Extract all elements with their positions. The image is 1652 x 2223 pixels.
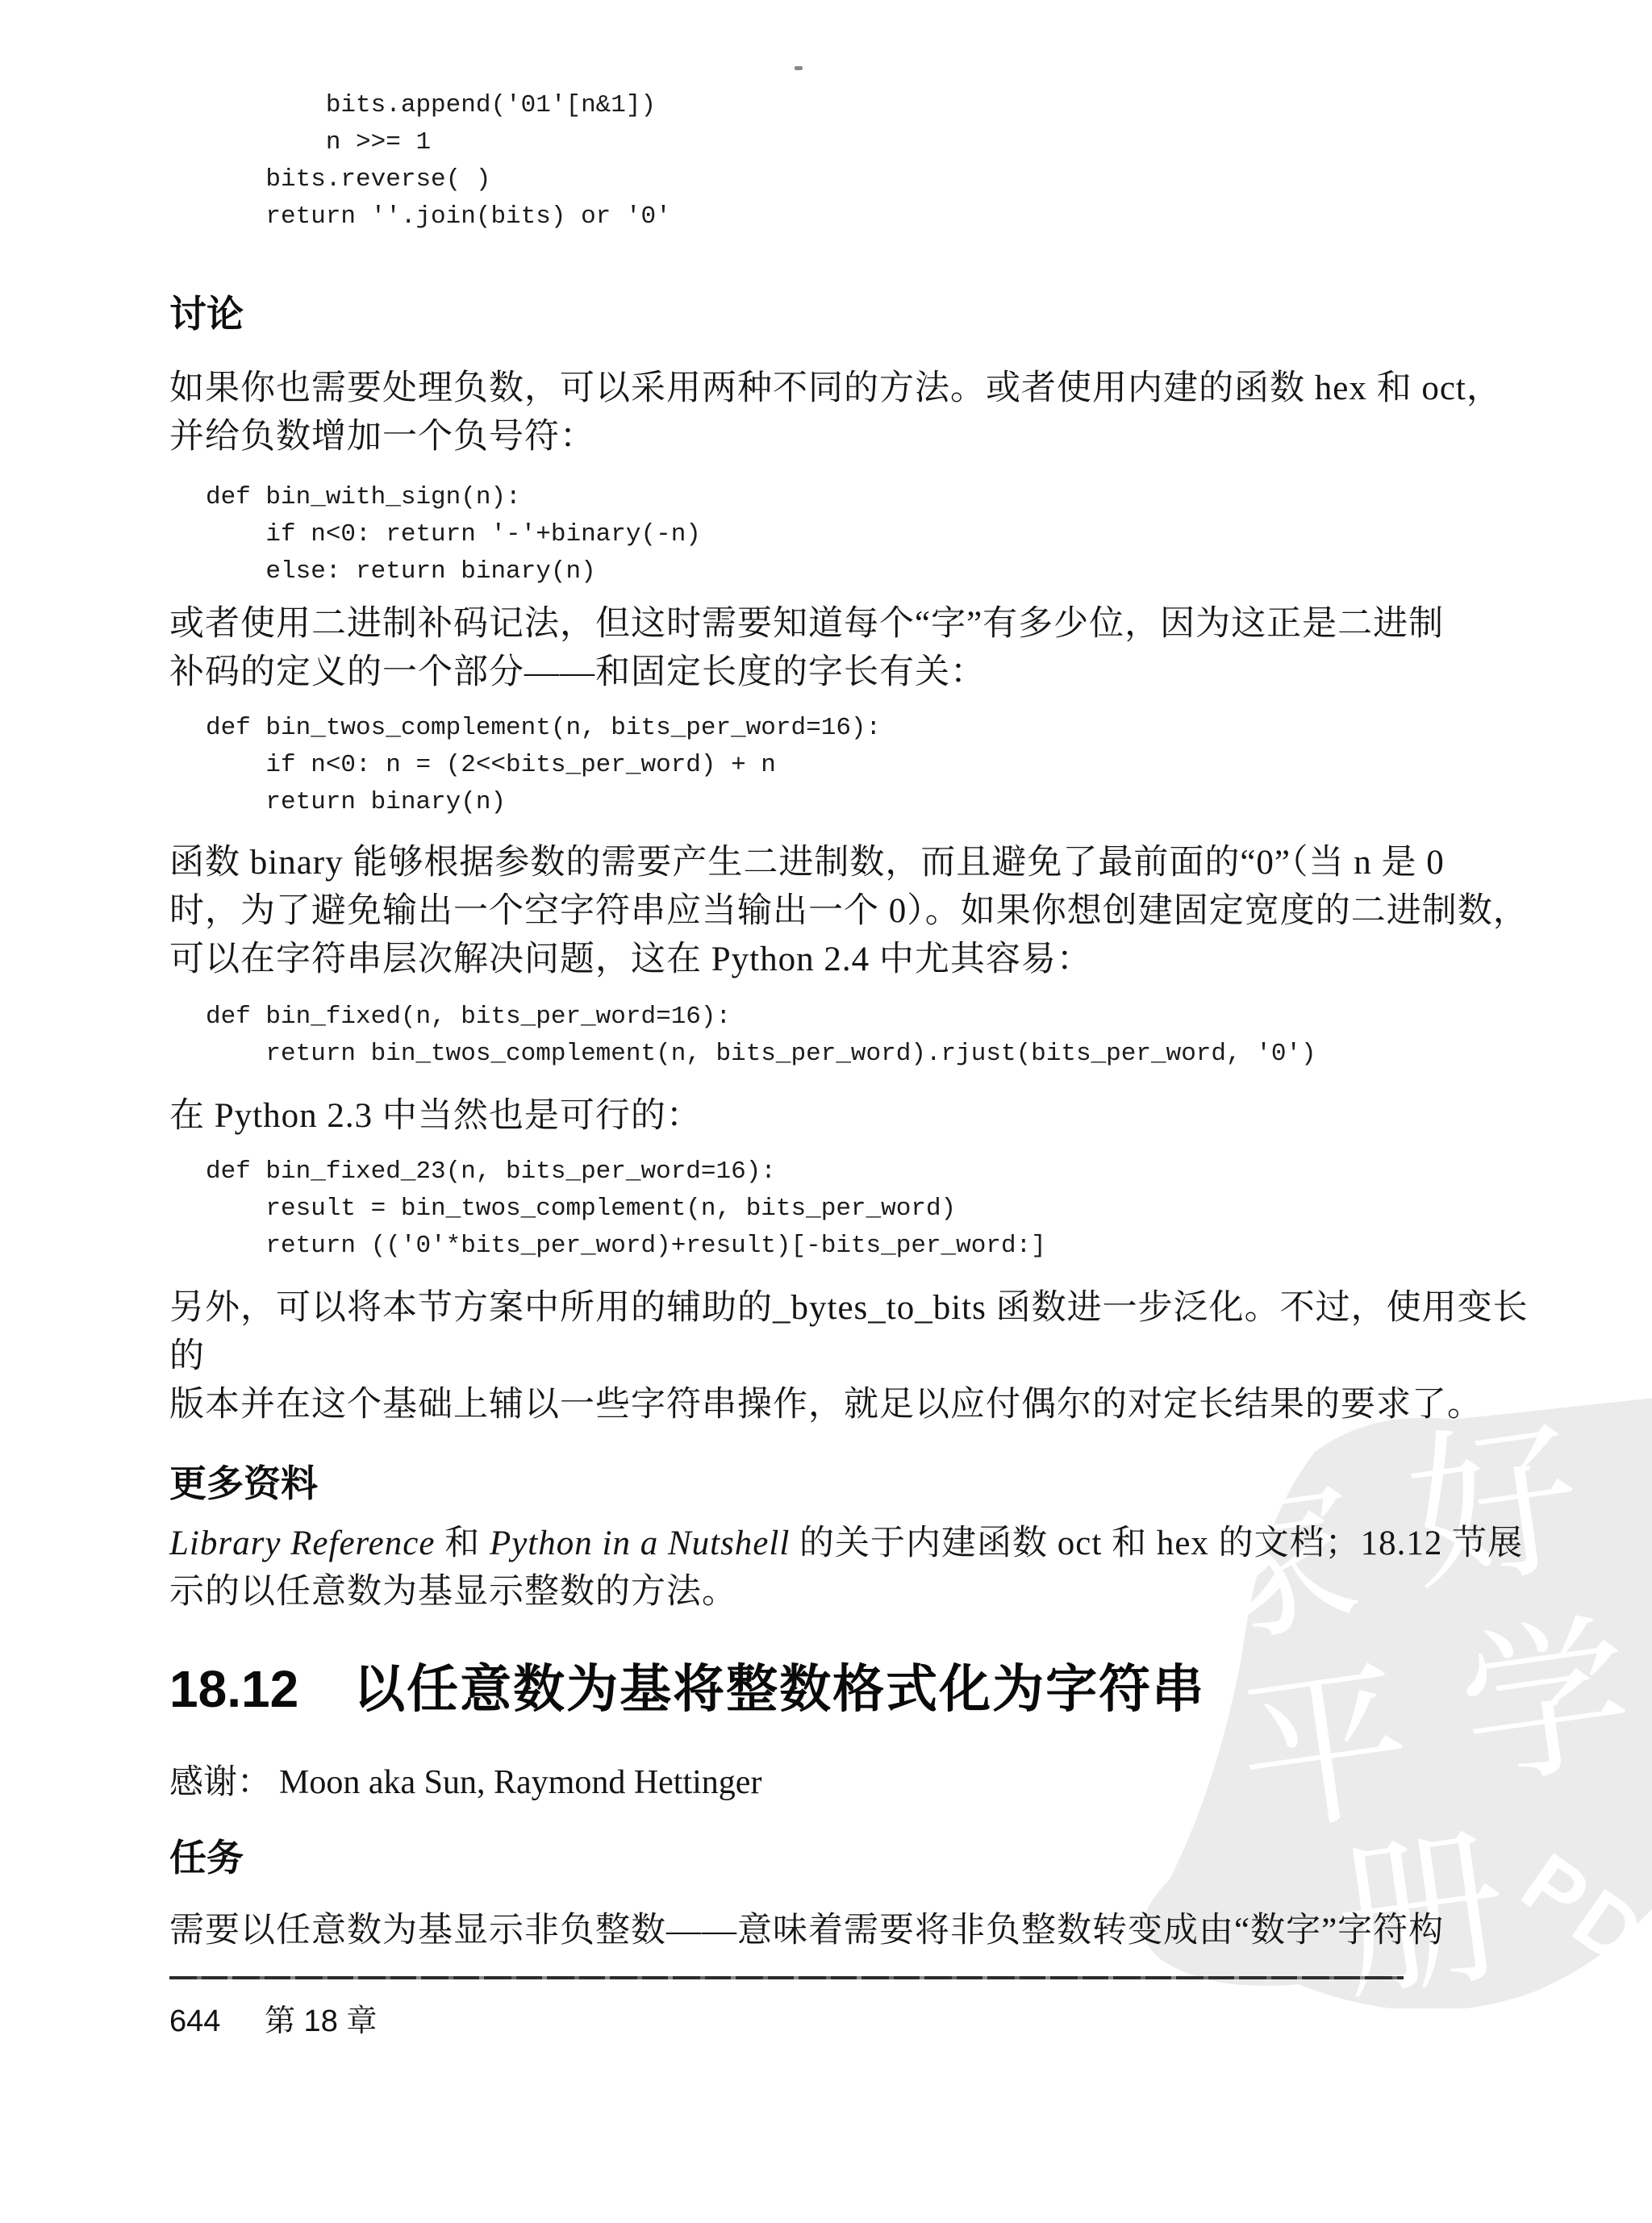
code-line: bits.reverse( ) [206, 161, 1531, 198]
paragraph-line: Library Reference 和 Python in a Nutshell… [169, 1520, 1531, 1568]
paragraph-twos-complement: 或者使用二进制补码记法，但这时需要知道每个“字”有多少位，因为这正是二进制 补码… [169, 600, 1531, 697]
code-block-bin-fixed-23: def bin_fixed_23(n, bits_per_word=16): r… [206, 1153, 1531, 1265]
code-block-bin-with-sign: def bin_with_sign(n): if n<0: return '-'… [206, 479, 1531, 590]
credit-line: 感谢：Moon aka Sun, Raymond Hettinger [169, 1760, 1531, 1805]
code-block-bin-twos-complement: def bin_twos_complement(n, bits_per_word… [206, 710, 1531, 821]
code-line: def bin_twos_complement(n, bits_per_word… [206, 710, 1531, 747]
code-line: n >>= 1 [206, 124, 1531, 161]
page-content: bits.append('01'[n&1]) n >>= 1 bits.reve… [0, 0, 1652, 2040]
credit-names: Moon aka Sun, Raymond Hettinger [279, 1764, 761, 1801]
paragraph-task: 需要以任意数为基显示非负整数——意味着需要将非负整数转变成由“数字”字符构 [169, 1907, 1531, 1955]
paragraph-line: 版本并在这个基础上辅以一些字符串操作，就足以应付偶尔的对定长结果的要求了。 [169, 1381, 1531, 1429]
paragraph-bytes-to-bits: 另外，可以将本节方案中所用的辅助的_bytes_to_bits 函数进一步泛化。… [169, 1284, 1531, 1429]
paragraph-line: 如果你也需要处理负数，可以采用两种不同的方法。或者使用内建的函数 hex 和 o… [169, 365, 1531, 413]
page-footer: 644第 18 章 [169, 1996, 1531, 2040]
paragraph-text: 和 [435, 1524, 490, 1562]
paragraph-line: 并给负数增加一个负号符： [169, 413, 1531, 461]
book-page: 家 好 平 学 册 PDG bits.append('01'[n&1]) n >… [0, 0, 1652, 2223]
more-info-heading: 更多资料 [169, 1458, 1531, 1508]
code-line: def bin_fixed_23(n, bits_per_word=16): [206, 1153, 1531, 1191]
paragraph-line: 可以在字符串层次解决问题，这在 Python 2.4 中尤其容易： [169, 936, 1531, 984]
paragraph-line: 或者使用二进制补码记法，但这时需要知道每个“字”有多少位，因为这正是二进制 [169, 600, 1531, 649]
code-block-binary-tail: bits.append('01'[n&1]) n >>= 1 bits.reve… [206, 87, 1531, 236]
discussion-heading: 讨论 [169, 289, 1531, 339]
paragraph-line: 补码的定义的一个部分——和固定长度的字长有关： [169, 649, 1531, 697]
paragraph-line: 函数 binary 能够根据参数的需要产生二进制数，而且避免了最前面的“0”（当… [169, 839, 1531, 887]
section-title: 以任意数为基将整数格式化为字符串 [353, 1660, 1205, 1718]
code-line: return bin_twos_complement(n, bits_per_w… [206, 1036, 1531, 1073]
code-line: return ''.join(bits) or '0' [206, 198, 1531, 236]
page-number: 644 [169, 2004, 265, 2039]
code-line: return (('0'*bits_per_word)+result)[-bit… [206, 1228, 1531, 1265]
paragraph-line: 时，为了避免输出一个空字符串应当输出一个 0）。如果你想创建固定宽度的二进制数， [169, 887, 1531, 936]
section-number: 18.12 [169, 1660, 298, 1718]
code-line: def bin_with_sign(n): [206, 479, 1531, 516]
code-line: result = bin_twos_complement(n, bits_per… [206, 1191, 1531, 1228]
task-heading: 任务 [169, 1833, 1531, 1883]
paragraph-line: 需要以任意数为基显示非负整数——意味着需要将非负整数转变成由“数字”字符构 [169, 1907, 1531, 1955]
code-line: if n<0: n = (2<<bits_per_word) + n [206, 747, 1531, 784]
book-title: Python in a Nutshell [490, 1524, 790, 1562]
paragraph-references: Library Reference 和 Python in a Nutshell… [169, 1520, 1531, 1616]
paragraph-text: 的关于内建函数 oct 和 hex 的文档；18.12 节展 [790, 1524, 1523, 1562]
code-line: bits.append('01'[n&1]) [206, 87, 1531, 124]
book-title: Library Reference [169, 1524, 435, 1562]
paragraph-line: 在 Python 2.3 中当然也是可行的： [169, 1092, 1531, 1141]
code-block-bin-fixed: def bin_fixed(n, bits_per_word=16): retu… [206, 999, 1531, 1073]
paragraph-line: 另外，可以将本节方案中所用的辅助的_bytes_to_bits 函数进一步泛化。… [169, 1284, 1531, 1381]
paragraph-negative-numbers: 如果你也需要处理负数，可以采用两种不同的方法。或者使用内建的函数 hex 和 o… [169, 365, 1531, 461]
section-heading: 18.12以任意数为基将整数格式化为字符串 [169, 1657, 1531, 1721]
paragraph-line: 示的以任意数为基显示整数的方法。 [169, 1568, 1531, 1616]
paragraph-binary-function: 函数 binary 能够根据参数的需要产生二进制数，而且避免了最前面的“0”（当… [169, 839, 1531, 984]
footer-rule [169, 1976, 1404, 1979]
code-line: def bin_fixed(n, bits_per_word=16): [206, 999, 1531, 1036]
chapter-label: 第 18 章 [265, 2004, 377, 2038]
code-line: else: return binary(n) [206, 553, 1531, 590]
code-line: return binary(n) [206, 784, 1531, 821]
credit-label: 感谢： [169, 1764, 271, 1801]
code-line: if n<0: return '-'+binary(-n) [206, 516, 1531, 553]
paragraph-python23: 在 Python 2.3 中当然也是可行的： [169, 1092, 1531, 1141]
